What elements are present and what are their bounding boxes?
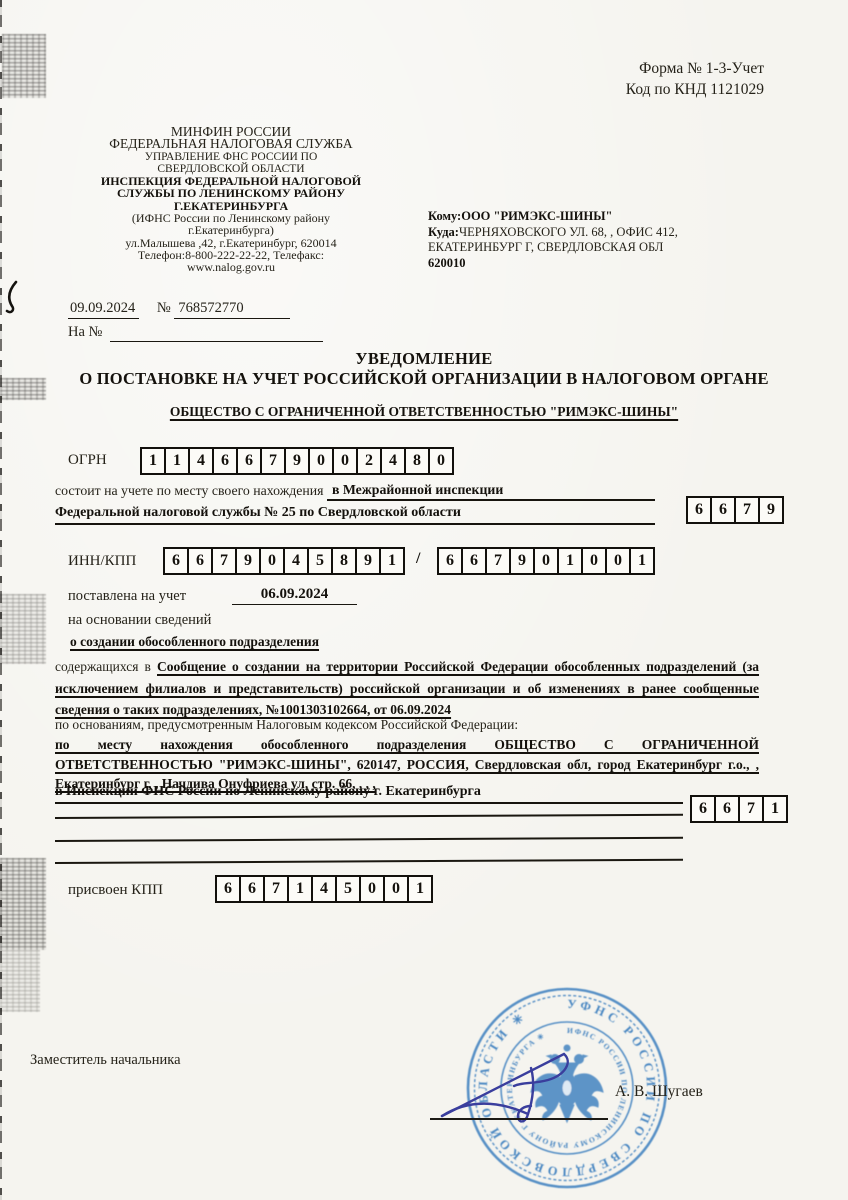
digit-cell: 4 [380, 447, 406, 475]
digit-cell: 0 [428, 447, 454, 475]
grounds-line-1: по месту нахождения обособленного подраз… [55, 735, 759, 755]
scan-smudge [0, 858, 46, 950]
digit-cell: 0 [581, 547, 607, 575]
issuer-line: ФЕДЕРАЛЬНАЯ НАЛОГОВАЯ СЛУЖБА [52, 138, 410, 150]
inn-kpp-separator: / [416, 550, 420, 568]
digit-cell: 1 [629, 547, 655, 575]
contained-paragraph: содержащихся в Сообщение о создании на т… [55, 656, 759, 721]
digit-cell: 7 [738, 795, 764, 823]
recipient-postcode: 620010 [428, 256, 758, 272]
digit-cell: 1 [287, 875, 313, 903]
na-number-blank [110, 324, 323, 342]
knd-code: Код по КНД 1121029 [626, 79, 764, 100]
registration-label: поставлена на учет [68, 588, 186, 605]
registration-date: 06.09.2024 [232, 586, 357, 605]
recipient-where-1: Куда:ЧЕРНЯХОВСКОГО УЛ. 68, , ОФИС 412, [428, 225, 758, 241]
digit-cell: 1 [140, 447, 166, 475]
assigned-kpp-boxes: 667145001 [215, 875, 433, 903]
inn-kpp-label: ИНН/КПП [68, 553, 136, 570]
reference-number: 768572770 [174, 300, 290, 319]
issuer-line: г.Екатеринбурга) [52, 224, 410, 236]
digit-cell: 4 [188, 447, 214, 475]
inspection-value: в Инспекции ФНС России по Ленинскому рай… [55, 784, 683, 804]
blank-rule [55, 837, 683, 842]
digit-cell: 6 [710, 496, 736, 524]
na-number-row: На № [68, 324, 323, 342]
digit-cell: 5 [307, 547, 333, 575]
form-code-block: Форма № 1-3-Учет Код по КНД 1121029 [626, 58, 764, 100]
scan-smudge [0, 594, 46, 664]
digit-cell: 1 [164, 447, 190, 475]
issuer-block: МИНФИН РОССИИ ФЕДЕРАЛЬНАЯ НАЛОГОВАЯ СЛУЖ… [52, 126, 410, 274]
digit-cell: 0 [533, 547, 559, 575]
issuer-website: www.nalog.gov.ru [52, 261, 410, 273]
digit-cell: 0 [259, 547, 285, 575]
na-number-label: На № [68, 324, 102, 342]
digit-cell: 6 [461, 547, 487, 575]
inn-boxes: 6679045891 [163, 547, 405, 575]
grounds-intro: по основаниям, предусмотренным Налоговым… [55, 717, 518, 733]
digit-cell: 8 [331, 547, 357, 575]
digit-cell: 6 [187, 547, 213, 575]
signature-line [430, 1118, 608, 1120]
digit-cell: 0 [605, 547, 631, 575]
digit-cell: 6 [686, 496, 712, 524]
scan-smudge [2, 34, 46, 98]
basis-value: о создании обособленного подразделения [70, 634, 319, 650]
digit-cell: 1 [379, 547, 405, 575]
issuer-line: СЛУЖБЫ ПО ЛЕНИНСКОМУ РАЙОНУ [52, 187, 410, 199]
digit-cell: 7 [263, 875, 289, 903]
grounds-line-2: ОТВЕТСТВЕННОСТЬЮ "РИМЭКС-ШИНЫ", 620147, … [55, 755, 759, 775]
inspection-code-boxes: 6671 [690, 795, 788, 823]
document-title-line1: УВЕДОМЛЕНИЕ [0, 349, 848, 369]
digit-cell: 0 [359, 875, 385, 903]
signatory-position: Заместитель начальника [30, 1052, 181, 1069]
basis-label: на основании сведений [68, 612, 211, 629]
digit-cell: 0 [383, 875, 409, 903]
digit-cell: 6 [714, 795, 740, 823]
kpp-boxes: 667901001 [437, 547, 655, 575]
form-number: Форма № 1-3-Учет [626, 58, 764, 79]
digit-cell: 6 [437, 547, 463, 575]
ink-mark [4, 280, 20, 316]
digit-cell: 1 [557, 547, 583, 575]
digit-cell: 6 [163, 547, 189, 575]
contained-line-1: содержащихся в Сообщение о создании на т… [55, 656, 759, 678]
digit-cell: 7 [485, 547, 511, 575]
digit-cell: 7 [211, 547, 237, 575]
digit-cell: 6 [690, 795, 716, 823]
digit-cell: 7 [734, 496, 760, 524]
contained-value-2: исключением филиалов и представительств)… [55, 678, 759, 700]
registered-prefix: состоит на учете по месту своего нахожде… [55, 483, 327, 501]
digit-cell: 0 [308, 447, 334, 475]
contained-value-1: Сообщение о создании на территории Росси… [157, 659, 759, 674]
authority-code-boxes: 6679 [686, 496, 784, 524]
registered-row-1: состоит на учете по месту своего нахожде… [55, 482, 655, 501]
digit-cell: 6 [215, 875, 241, 903]
assigned-kpp-label: присвоен КПП [68, 882, 163, 899]
digit-cell: 1 [407, 875, 433, 903]
digit-cell: 2 [356, 447, 382, 475]
document-title-line2: О ПОСТАНОВКЕ НА УЧЕТ РОССИЙСКОЙ ОРГАНИЗА… [0, 369, 848, 389]
organization-name: ОБЩЕСТВО С ОГРАНИЧЕННОЙ ОТВЕТСТВЕННОСТЬЮ… [0, 404, 848, 420]
signatory-name: А. В. Шугаев [615, 1083, 703, 1101]
contained-prefix: содержащихся в [55, 659, 157, 674]
reference-row: 09.09.2024 № 768572770 [68, 300, 290, 319]
blank-rule [55, 814, 683, 819]
digit-cell: 1 [762, 795, 788, 823]
ogrn-label: ОГРН [68, 452, 107, 469]
digit-cell: 9 [509, 547, 535, 575]
registered-value-2: Федеральной налоговой службы № 25 по Све… [55, 505, 655, 525]
ogrn-boxes: 1146679002480 [140, 447, 454, 475]
recipient-block: Кому:ООО "РИМЭКС-ШИНЫ" Куда:ЧЕРНЯХОВСКОГ… [428, 209, 758, 271]
digit-cell: 8 [404, 447, 430, 475]
digit-cell: 6 [239, 875, 265, 903]
issuer-line: УПРАВЛЕНИЕ ФНС РОССИИ ПО [52, 151, 410, 163]
digit-cell: 9 [284, 447, 310, 475]
digit-cell: 4 [283, 547, 309, 575]
digit-cell: 0 [332, 447, 358, 475]
recipient-address-1: ЧЕРНЯХОВСКОГО УЛ. 68, , ОФИС 412, [459, 225, 678, 239]
reference-date: 09.09.2024 [68, 300, 139, 319]
recipient-where-label: Куда: [428, 225, 459, 239]
digit-cell: 9 [758, 496, 784, 524]
registered-value-1: в Межрайонной инспекции [327, 482, 655, 501]
recipient-address-2: ЕКАТЕРИНБУРГ Г, СВЕРДЛОВСКАЯ ОБЛ [428, 240, 758, 256]
blank-rule [55, 859, 683, 864]
digit-cell: 7 [260, 447, 286, 475]
digit-cell: 6 [212, 447, 238, 475]
number-sign: № [157, 300, 171, 316]
tax-registration-notice-document: Форма № 1-3-Учет Код по КНД 1121029 МИНФ… [0, 0, 848, 1200]
recipient-to: Кому:ООО "РИМЭКС-ШИНЫ" [428, 209, 758, 225]
digit-cell: 4 [311, 875, 337, 903]
scan-smudge [0, 950, 40, 1012]
digit-cell: 9 [355, 547, 381, 575]
digit-cell: 5 [335, 875, 361, 903]
digit-cell: 6 [236, 447, 262, 475]
digit-cell: 9 [235, 547, 261, 575]
